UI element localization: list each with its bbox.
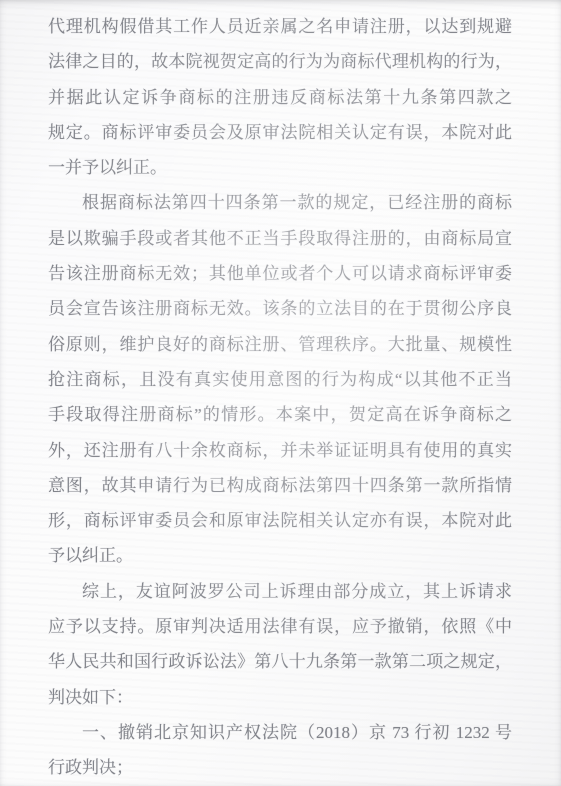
text-line: 应予以支持。原审判决适用法律有误，应予撤销，依照《中 <box>48 609 512 644</box>
text-line: 综上，友谊阿波罗公司上诉理由部分成立，其上诉请求 <box>48 574 512 609</box>
text-line: 手段取得注册商标”的情形。本案中，贺定高在诉争商标之 <box>48 397 512 432</box>
text-line: 判决如下： <box>48 680 512 715</box>
text-line: 意图，故其申请行为已构成商标法第四十四条第一款所指情 <box>48 468 512 503</box>
text-line: 俗原则，维护良好的商标注册、管理秩序。大批量、规模性 <box>48 327 512 362</box>
text-line: 外，还注册有八十余枚商标，并未举证证明具有使用的真实 <box>48 433 512 468</box>
judgment-text-block: 代理机构假借其工作人员近亲属之名申请注册，以达到规避法律之目的，故本院视贺定高的… <box>48 9 512 786</box>
text-line: 形，商标评审委员会和原审法院相关认定亦有误，本院对此 <box>48 503 512 538</box>
text-line: 行政判决； <box>48 750 512 785</box>
text-line: 并据此认定诉争商标的注册违反商标法第十九条第四款之 <box>48 80 512 115</box>
text-line: 华人民共和国行政诉讼法》第八十九条第一款第二项之规定， <box>48 644 512 679</box>
text-line: 规定。商标评审委员会及原审法院相关认定有误，本院对此 <box>48 115 512 150</box>
text-line: 抢注商标，且没有真实使用意图的行为构成“以其他不正当 <box>48 362 512 397</box>
text-line: 一并予以纠正。 <box>48 150 512 185</box>
text-line: 一、撤销北京知识产权法院（2018）京 73 行初 1232 号 <box>48 715 512 750</box>
text-line: 员会宣告该注册商标无效。该条的立法目的在于贯彻公序良 <box>48 291 512 326</box>
text-line: 根据商标法第四十四条第一款的规定，已经注册的商标 <box>48 185 512 220</box>
text-line: 予以纠正。 <box>48 538 512 573</box>
scanned-page: 代理机构假借其工作人员近亲属之名申请注册，以达到规避法律之目的，故本院视贺定高的… <box>0 0 561 786</box>
text-line: 告该注册商标无效；其他单位或者个人可以请求商标评审委 <box>48 256 512 291</box>
text-line: 代理机构假借其工作人员近亲属之名申请注册，以达到规避 <box>48 9 512 44</box>
text-line: 法律之目的，故本院视贺定高的行为为商标代理机构的行为， <box>48 44 512 79</box>
text-line: 是以欺骗手段或者其他不正当手段取得注册的，由商标局宣 <box>48 221 512 256</box>
